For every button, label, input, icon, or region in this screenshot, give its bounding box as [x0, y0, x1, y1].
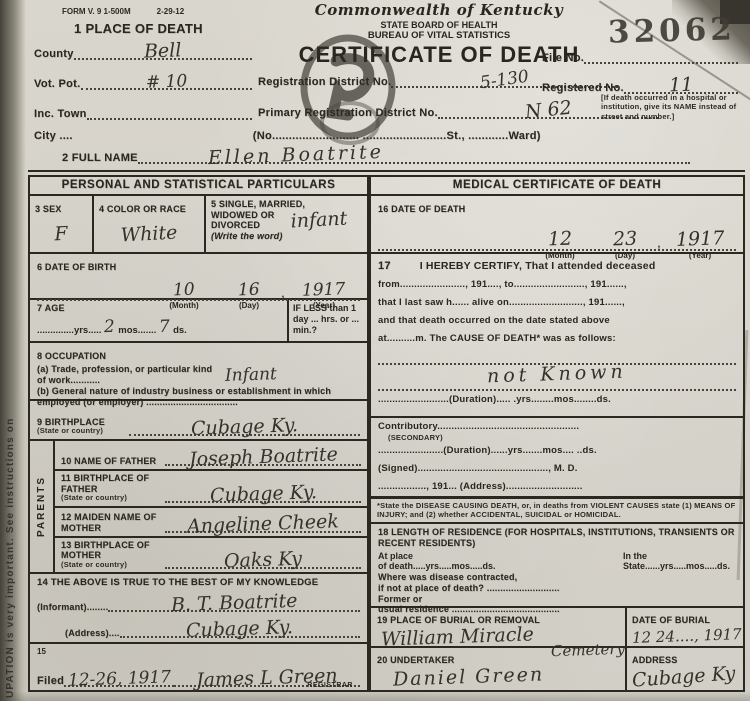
at-place-line: of death.....yrs.....mos.....ds.	[378, 561, 496, 571]
informant-signature: B. T. Boatrite	[171, 592, 298, 615]
place-of-death-heading: 1 PLACE OF DEATH	[74, 21, 203, 36]
date-of-birth-block: 6 DATE OF BIRTH 10 16 , 1917 (Month) (Da…	[30, 254, 367, 300]
undertaker-address-label: ADDRESS	[632, 655, 677, 665]
undertaker-value: Daniel Green	[393, 665, 545, 689]
dob-label: 6 DATE OF BIRTH	[37, 262, 116, 272]
county-row: County Bell	[34, 42, 252, 60]
date-of-death-block: 16 DATE OF DEATH 12 23 , 1917 (Month) (D…	[371, 196, 743, 254]
secondary-caption: (SECONDARY)	[388, 433, 736, 442]
medical-section-title: MEDICAL CERTIFICATE OF DEATH	[371, 177, 743, 196]
official-stamp-icon	[298, 33, 398, 151]
dod-day-value: 23	[613, 229, 638, 249]
medical-certificate-column: MEDICAL CERTIFICATE OF DEATH 16 DATE OF …	[369, 177, 743, 690]
age-line: ..............yrs..... 2 mos....... 7 ds…	[37, 319, 280, 338]
voting-precinct-row: Vot. Pot. # 10	[34, 72, 252, 90]
occupation-block: 8 OCCUPATION (a) Trade, profession, or p…	[30, 343, 367, 401]
cause-of-death-intro: at..........m. The CAUSE OF DEATH* was a…	[378, 330, 736, 348]
dod-month-value: 12	[548, 229, 573, 249]
cause-blank-line-1	[378, 348, 736, 365]
father-name-value: Joseph Boatrite	[188, 446, 337, 470]
contributory-label: Contributory............................…	[378, 421, 736, 433]
dob-month-value: 10	[173, 282, 195, 300]
form-code-row: FORM V. 9 1-500M 2-29-12	[62, 7, 184, 16]
father-name-row: 10 NAME OF FATHER Joseph Boatrite	[55, 441, 367, 469]
county-value: Bell	[144, 41, 182, 61]
certify-from-to-line: from......................., 191...., to…	[378, 276, 736, 294]
burial-row: 19 PLACE OF BURIAL OR REMOVAL William Mi…	[371, 608, 743, 648]
dod-year-value: 1917	[675, 229, 724, 250]
registrar-caption: REGISTRAR	[307, 682, 353, 689]
dod-line: 12 23 , 1917	[378, 217, 736, 251]
race-cell: 4 COLOR OR RACE White	[92, 196, 204, 252]
file-no-label: File No.	[542, 52, 584, 64]
marital-sublabel: (Write the word)	[211, 231, 362, 241]
inc-town-row: Inc. Town	[34, 102, 252, 120]
sex-cell: 3 SEX F	[30, 196, 92, 252]
at-place-label: At place	[378, 551, 413, 561]
burial-place-cemetery-word: Cemetery	[551, 642, 625, 660]
registered-no-row: Registered No. 11	[542, 76, 738, 94]
birthplace-block: 9 BIRTHPLACE (State or country) Cubage K…	[30, 401, 367, 441]
sex-value: F	[54, 225, 68, 245]
burial-date-cell: DATE OF BURIAL 12 24...., 1917	[625, 608, 743, 646]
mother-birthplace-label: 13 BIRTHPLACE OF MOTHER	[61, 540, 165, 561]
occupation-value: Infant	[225, 366, 277, 385]
undertaker-label: 20 UNDERTAKER	[377, 655, 454, 665]
dob-year-caption: (Year)	[288, 301, 360, 310]
filed-item-number: 15	[37, 647, 46, 656]
race-value: White	[120, 224, 178, 246]
sex-race-marital-row: 3 SEX F 4 COLOR OR RACE White 5 SINGLE, …	[30, 196, 367, 254]
undertaker-address-cell: ADDRESS Cubage Ky	[625, 648, 743, 690]
in-state-line: State......yrs.....mos.....ds.	[623, 561, 730, 571]
certify-statement: I HEREBY CERTIFY, That I attended deceas…	[420, 260, 656, 272]
form-revision-date: 2-29-12	[157, 7, 185, 16]
dob-day-value: 16	[238, 282, 260, 300]
hospital-note: [If death occurred in a hospital or inst…	[601, 93, 743, 121]
filed-label: Filed	[37, 675, 64, 687]
burial-place-cell: 19 PLACE OF BURIAL OR REMOVAL William Mi…	[371, 608, 625, 646]
certification-block: 17 I HEREBY CERTIFY, That I attended dec…	[371, 254, 743, 418]
mother-maiden-name-row: 12 MAIDEN NAME OF MOTHER Angeline Cheek	[55, 506, 367, 536]
dod-label: 16 DATE OF DEATH	[378, 204, 465, 214]
voting-precinct-value: # 10	[145, 73, 187, 91]
birthplace-sublabel: (State or country)	[37, 427, 129, 436]
filed-block: 15 Filed 12-26, 1917 James L Green REGIS…	[30, 644, 367, 690]
parents-vertical-label: PARENTS	[36, 476, 47, 537]
dob-line: 10 16 , 1917	[37, 275, 360, 301]
disease-contracted-line-1: Where was disease contracted,	[378, 572, 736, 583]
informant-block: 14 THE ABOVE IS TRUE TO THE BEST OF MY K…	[30, 574, 367, 644]
registration-district-value: 5-130	[479, 69, 530, 93]
occupation-label: 8 OCCUPATION	[37, 351, 106, 361]
certificate-body: PERSONAL AND STATISTICAL PARTICULARS 3 S…	[28, 175, 745, 692]
county-label: County	[34, 48, 74, 60]
mother-birthplace-value: Oaks Ky	[224, 550, 303, 572]
file-no-row: File No.	[542, 46, 738, 64]
commonwealth-title: Commonwealth of Kentucky	[255, 1, 623, 19]
cause-of-death-value: not Known	[487, 362, 627, 386]
full-name-row: 2 FULL NAME Ellen Boatrite	[62, 146, 690, 164]
contributory-block: Contributory............................…	[371, 418, 743, 498]
footnote-disease-causing-death: *State the DISEASE CAUSING DEATH, or, in…	[371, 498, 743, 525]
burial-place-value: William Miracle	[381, 625, 534, 649]
city-label: City ....	[34, 130, 73, 142]
marital-cell: 5 SINGLE, MARRIED, WIDOWED OR DIVORCED (…	[204, 196, 367, 252]
filed-date-value: 12-26, 1917	[67, 669, 171, 690]
form-code: FORM V. 9 1-500M	[62, 7, 131, 16]
former-residence-line-1: Former or	[378, 594, 736, 605]
cause-of-death-line: not Known	[378, 365, 736, 391]
margin-instructions-text: UPATION is very important. See instructi…	[5, 168, 16, 698]
informant-address-label: (Address)....	[65, 628, 120, 638]
personal-section-title: PERSONAL AND STATISTICAL PARTICULARS	[30, 177, 367, 196]
cause-duration-line: .........................(Duration).....…	[378, 391, 736, 409]
race-label: 4 COLOR OR RACE	[99, 204, 186, 214]
father-birthplace-sublabel: (State or country)	[61, 494, 165, 503]
inc-town-label: Inc. Town	[34, 108, 87, 120]
certificate-serial-stamp: 32062	[608, 11, 737, 50]
voting-precinct-label: Vot. Pot.	[34, 78, 81, 90]
residence-duration-row: At place of death.....yrs.....mos.....ds…	[378, 551, 736, 573]
age-years-segment: ..............yrs.....	[37, 325, 101, 336]
parents-block: PARENTS 10 NAME OF FATHER Joseph Boatrit…	[30, 441, 367, 574]
informant-address-value: Cubage Ky.	[186, 618, 294, 641]
mother-birthplace-sublabel: (State or country)	[61, 561, 165, 570]
informant-label: (Informant)........	[37, 602, 108, 612]
marital-value: infant	[290, 210, 347, 232]
in-the-label: In the	[623, 551, 647, 561]
board-of-health: STATE BOARD OF HEALTH	[255, 20, 623, 30]
sex-label: 3 SEX	[35, 204, 62, 214]
residence-label: 18 LENGTH OF RESIDENCE (FOR HOSPITALS, I…	[378, 527, 736, 550]
full-name-value: Ellen Boatrite	[208, 143, 385, 168]
age-days-segment: ds.	[173, 325, 187, 336]
death-certificate-scan: UPATION is very important. See instructi…	[0, 0, 750, 701]
contributory-duration-line: .......................(Duration)......y…	[378, 442, 736, 460]
full-name-label: 2 FULL NAME	[62, 152, 138, 164]
undertaker-address-value: Cubage Ky	[631, 664, 736, 690]
burial-date-label: DATE OF BURIAL	[632, 615, 710, 625]
age-months-value: 2	[104, 319, 115, 336]
knowledge-statement: 14 THE ABOVE IS TRUE TO THE BEST OF MY K…	[37, 577, 360, 588]
dob-day-caption: (Day)	[220, 301, 278, 310]
father-birthplace-label: 11 BIRTHPLACE OF FATHER	[61, 473, 165, 494]
birthplace-value: Cubage Ky.	[191, 416, 299, 439]
mother-maiden-name-label: 12 MAIDEN NAME OF MOTHER	[61, 512, 165, 533]
primary-registration-district-value: N 62	[524, 99, 573, 123]
father-name-label: 10 NAME OF FATHER	[61, 456, 165, 466]
dob-comma: ,	[278, 289, 288, 299]
bottom-shadow	[0, 691, 750, 701]
occupation-line-a: (a) Trade, profession, or particular kin…	[37, 364, 217, 386]
personal-particulars-column: PERSONAL AND STATISTICAL PARTICULARS 3 S…	[30, 177, 369, 690]
mother-birthplace-row: 13 BIRTHPLACE OF MOTHER (State or countr…	[55, 536, 367, 572]
age-months-segment: mos.......	[118, 325, 156, 336]
certify-last-saw-line: that I last saw h...... alive on........…	[378, 294, 736, 312]
dob-month-caption: (Month)	[148, 301, 220, 310]
disease-contracted-line-2: if not at place of death? ..............…	[378, 583, 736, 594]
age-days-value: 7	[159, 319, 170, 336]
double-rule	[28, 170, 745, 172]
certify-death-occurred-line: and that death occurred on the date stat…	[378, 312, 736, 330]
certify-item-number: 17	[378, 260, 391, 272]
signed-line: (Signed)................................…	[378, 460, 736, 478]
father-birthplace-value: Cubage Ky.	[209, 483, 317, 506]
mother-maiden-name-value: Angeline Cheek	[187, 512, 339, 536]
dob-captions: (Month) (Day) (Year)	[37, 301, 360, 310]
dob-year-value: 1917	[302, 281, 346, 299]
burial-date-value: 12 24...., 1917	[632, 627, 742, 646]
date-address-line: ................., 191... (Address).....…	[378, 478, 736, 496]
residence-block: 18 LENGTH OF RESIDENCE (FOR HOSPITALS, I…	[371, 524, 743, 608]
father-birthplace-row: 11 BIRTHPLACE OF FATHER (State or countr…	[55, 469, 367, 505]
dod-comma: ,	[654, 239, 664, 249]
